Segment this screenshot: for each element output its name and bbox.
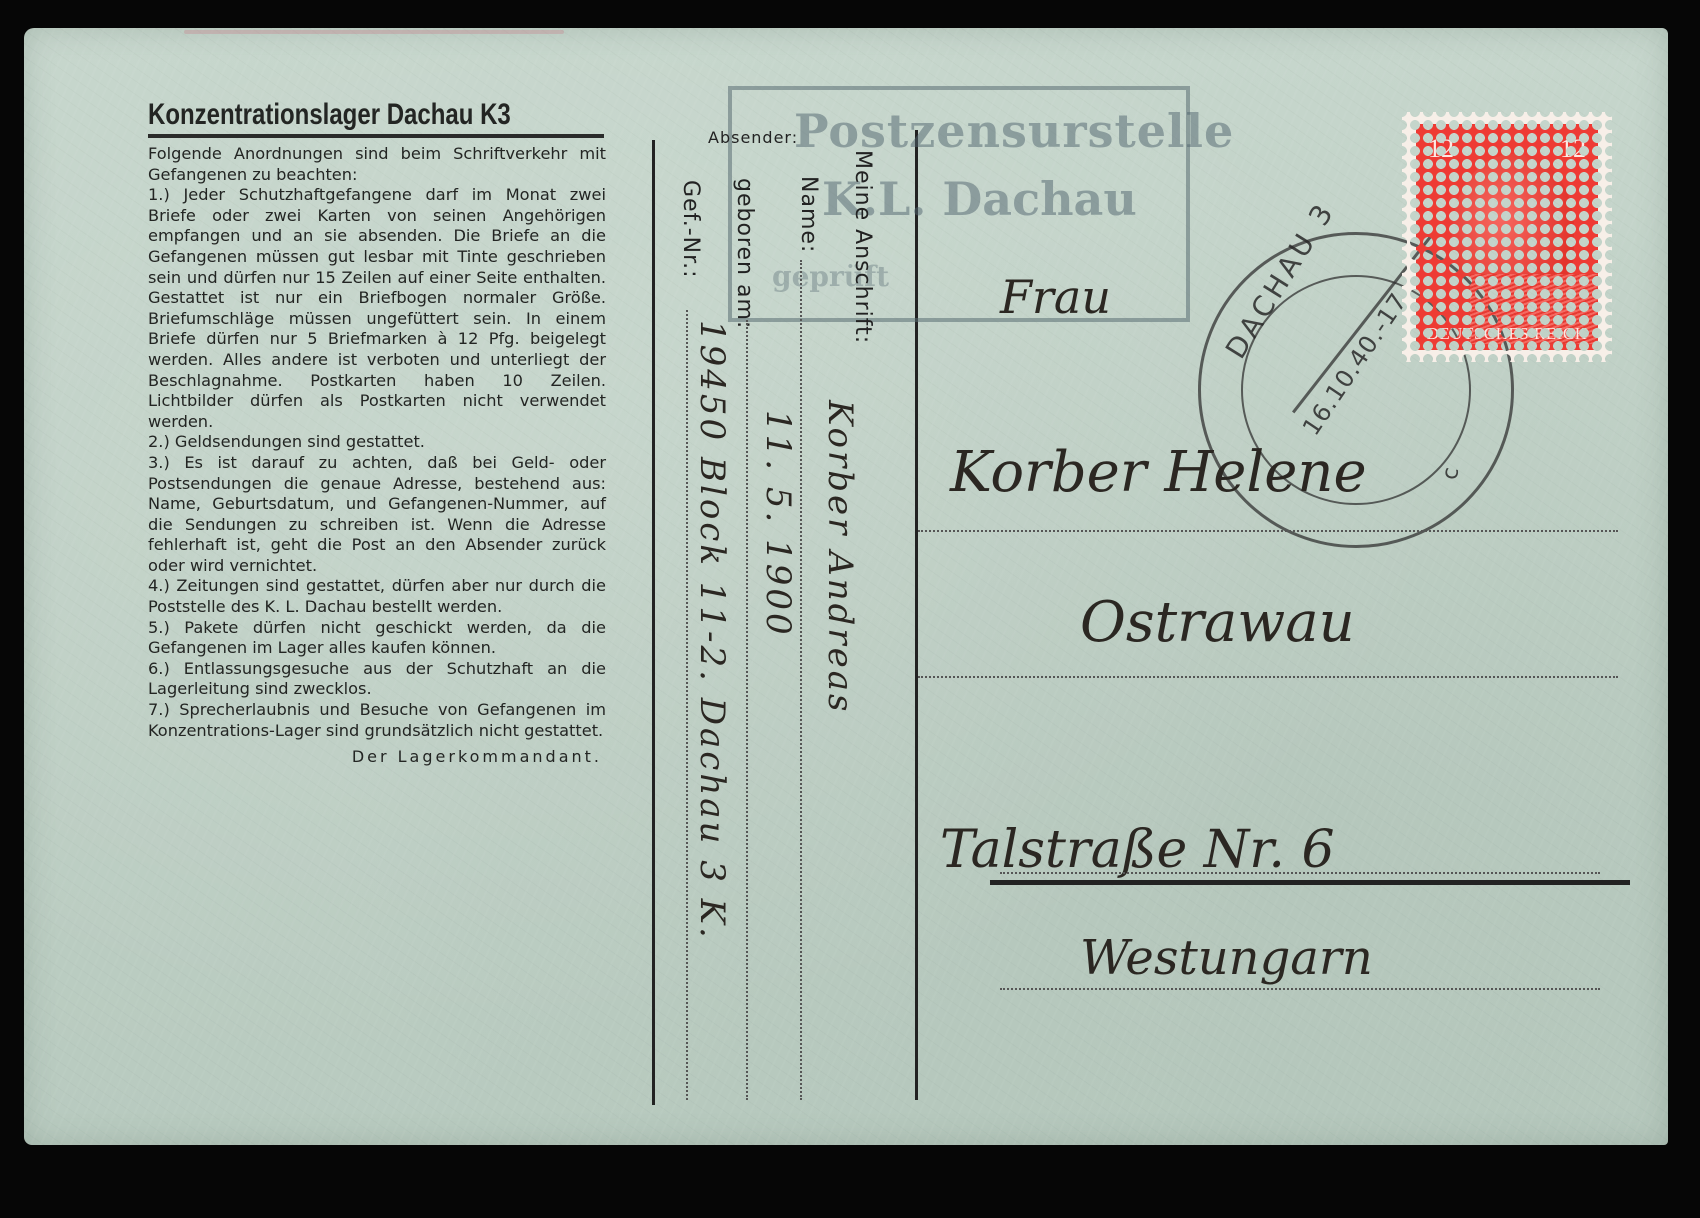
rule-2: 2.) Geldsendungen sind gestattet.	[148, 432, 606, 453]
recipient-region: Westungarn	[1080, 930, 1373, 986]
dotted-line-born	[746, 320, 748, 1100]
recipient-street: Talstraße Nr. 6	[940, 820, 1335, 880]
rule-5: 5.) Pakete dürfen nicht geschickt werden…	[148, 618, 606, 659]
rule-3: 3.) Es ist darauf zu achten, daß bei Gel…	[148, 453, 606, 577]
address-underline	[990, 880, 1630, 885]
stamp-value-right: 12	[1560, 134, 1586, 164]
label-prisoner-no: Gef.-Nr.:	[678, 180, 703, 279]
label-name: Name:	[796, 176, 821, 253]
rules-panel: Konzentrationslager Dachau K3 Folgende A…	[148, 96, 628, 768]
recipient-salutation: Frau	[1000, 270, 1111, 324]
rules-body: Folgende Anordnungen sind beim Schriftve…	[148, 144, 606, 768]
title-underline	[148, 134, 604, 138]
handwritten-birthdate: 11. 5. 1900	[758, 410, 798, 638]
recipient-city: Ostrawau	[1080, 590, 1355, 655]
recipient-name: Korber Helene	[950, 440, 1367, 505]
rules-intro: Folgende Anordnungen sind beim Schriftve…	[148, 144, 606, 185]
divider-left	[652, 140, 655, 1105]
stamp-caption: DEUTSCHES REICH	[1416, 324, 1598, 344]
dotted-line-prisoner-no	[686, 310, 688, 1100]
address-line-3	[1000, 872, 1600, 874]
rule-6: 6.) Entlassungsgesuche aus der Schutzhaf…	[148, 659, 606, 700]
stamp-value-left: 12	[1428, 134, 1454, 164]
rule-7: 7.) Sprecherlaubnis und Besuche von Gefa…	[148, 700, 606, 741]
stamp-face: 12 12 DEUTSCHES REICH	[1416, 124, 1598, 350]
label-address: Meine Anschrift:	[850, 150, 875, 344]
address-line-2	[918, 676, 1618, 678]
handwritten-prisoner-no: 19450 Block 11-2. Dachau 3 K.	[692, 320, 732, 941]
torn-edge	[184, 30, 564, 34]
label-born: geboren am:	[732, 178, 757, 329]
postage-stamp: 12 12 DEUTSCHES REICH	[1402, 112, 1612, 362]
rule-1: 1.) Jeder Schutzhaftgefangene darf im Mo…	[148, 185, 606, 432]
dotted-line-name	[800, 260, 802, 1100]
postmark-code: c	[1438, 465, 1465, 481]
address-line-1	[918, 530, 1618, 532]
signoff: Der Lagerkommandant.	[148, 747, 606, 768]
address-line-4	[1000, 988, 1600, 990]
sender-heading: Absender:	[708, 128, 798, 147]
handwritten-sender-name: Korber Andreas	[820, 400, 860, 714]
rule-4: 4.) Zeitungen sind gestattet, dürfen abe…	[148, 576, 606, 617]
rules-title: Konzentrationslager Dachau K3	[148, 96, 532, 134]
